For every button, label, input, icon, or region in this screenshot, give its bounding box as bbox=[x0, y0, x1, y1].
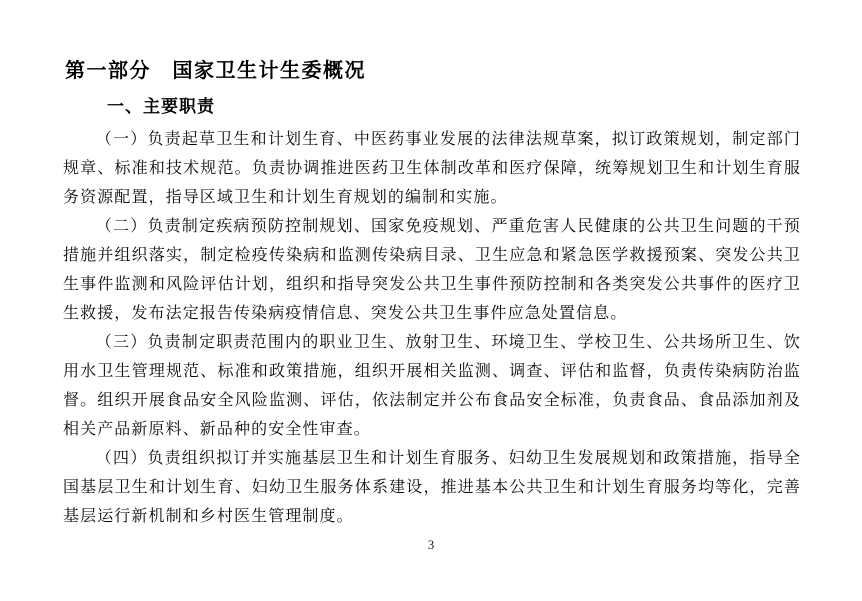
page-title: 第一部分 国家卫生计生委概况 bbox=[65, 58, 801, 84]
section-heading: 一、主要职责 bbox=[107, 96, 801, 118]
document-content: 第一部分 国家卫生计生委概况 一、主要职责 （一）负责起草卫生和计划生育、中医药… bbox=[63, 58, 801, 531]
body-text: （一）负责起草卫生和计划生育、中医药事业发展的法律法规草案，拟订政策规划，制定部… bbox=[63, 125, 801, 531]
paragraph-2: （二）负责制定疾病预防控制规划、国家免疫规划、严重危害人民健康的公共卫生问题的干… bbox=[63, 212, 801, 328]
page-number: 3 bbox=[0, 537, 862, 553]
paragraph-4: （四）负责组织拟订并实施基层卫生和计划生育服务、妇幼卫生发展规划和政策措施，指导… bbox=[63, 444, 801, 531]
paragraph-1: （一）负责起草卫生和计划生育、中医药事业发展的法律法规草案，拟订政策规划，制定部… bbox=[63, 125, 801, 212]
document-page: 第一部分 国家卫生计生委概况 一、主要职责 （一）负责起草卫生和计划生育、中医药… bbox=[0, 0, 862, 601]
paragraph-3: （三）负责制定职责范围内的职业卫生、放射卫生、环境卫生、学校卫生、公共场所卫生、… bbox=[63, 328, 801, 444]
